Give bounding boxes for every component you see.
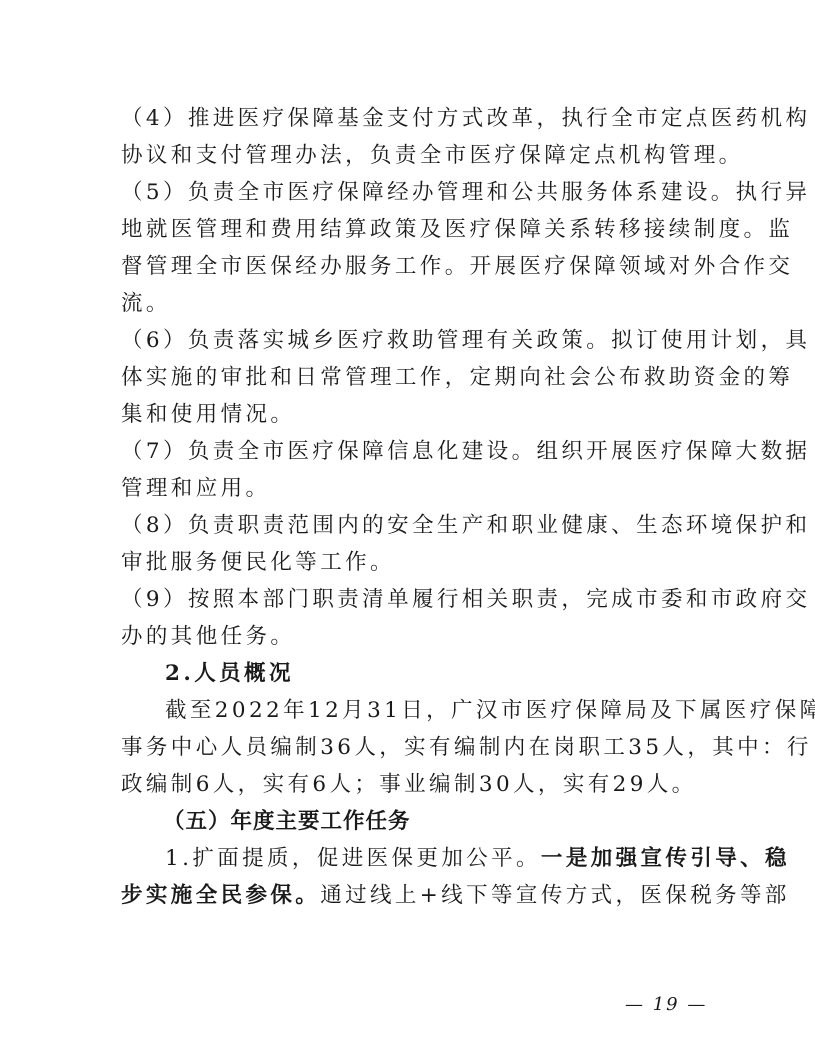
text-line: 1.扩面提质，促进医保更加公平。一是加强宣传引导、稳 bbox=[121, 840, 696, 877]
text-line: 截至2022年12月31日，广汉市医疗保障局及下属医疗保障 bbox=[121, 692, 696, 729]
text-line: 审批服务便民化等工作。 bbox=[121, 544, 696, 581]
text-line: （9）按照本部门职责清单履行相关职责，完成市委和市政府交 bbox=[121, 581, 696, 618]
text-line: 体实施的审批和日常管理工作，定期向社会公布救助资金的筹 bbox=[121, 359, 696, 396]
text-line: 办的其他任务。 bbox=[121, 618, 696, 655]
text-line: 地就医管理和费用结算政策及医疗保障关系转移接续制度。监 bbox=[121, 211, 696, 248]
text-line: （4）推进医疗保障基金支付方式改革，执行全市定点医药机构 bbox=[121, 100, 696, 137]
text-line: 协议和支付管理办法，负责全市医疗保障定点机构管理。 bbox=[121, 137, 696, 174]
text-line: 步实施全民参保。通过线上+线下等宣传方式，医保税务等部 bbox=[121, 877, 696, 914]
document-page: （4）推进医疗保障基金支付方式改革，执行全市定点医药机构 协议和支付管理办法，负… bbox=[121, 100, 696, 914]
text-line: 督管理全市医保经办服务工作。开展医疗保障领域对外合作交 bbox=[121, 248, 696, 285]
task-text-bold: 步实施全民参保。 bbox=[121, 883, 320, 908]
task-text-normal: 1.扩面提质，促进医保更加公平。 bbox=[165, 846, 541, 871]
text-line: （6）负责落实城乡医疗救助管理有关政策。拟订使用计划，具 bbox=[121, 322, 696, 359]
text-line: （7）负责全市医疗保障信息化建设。组织开展医疗保障大数据 bbox=[121, 433, 696, 470]
page-number: — 19 — bbox=[625, 994, 707, 1015]
text-line: 集和使用情况。 bbox=[121, 396, 696, 433]
text-line: （5）负责全市医疗保障经办管理和公共服务体系建设。执行异 bbox=[121, 174, 696, 211]
task-text-bold: 一是加强宣传引导、稳 bbox=[541, 846, 790, 871]
text-line: 流。 bbox=[121, 285, 696, 322]
task-text-normal: 通过线上+线下等宣传方式，医保税务等部 bbox=[320, 883, 790, 908]
text-line: 管理和应用。 bbox=[121, 470, 696, 507]
text-line: 事务中心人员编制36人，实有编制内在岗职工35人，其中：行 bbox=[121, 729, 696, 766]
section-heading-personnel: 2.人员概况 bbox=[121, 655, 696, 692]
section-heading-tasks: （五）年度主要工作任务 bbox=[121, 803, 696, 840]
text-line: 政编制6人，实有6人；事业编制30人，实有29人。 bbox=[121, 766, 696, 803]
text-line: （8）负责职责范围内的安全生产和职业健康、生态环境保护和 bbox=[121, 507, 696, 544]
